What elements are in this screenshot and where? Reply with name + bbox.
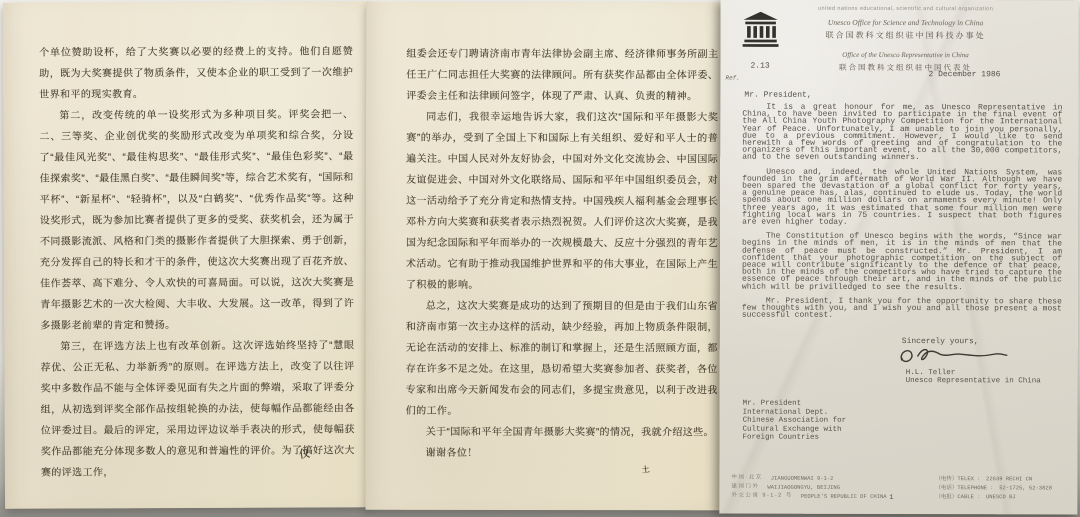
cjk-paragraph: 个单位赞助设杯，给了大奖赛以必要的经费上的支持。他们自愿赞助，既为大奖赛提供了物…: [39, 41, 353, 105]
footer-address: 中国·北京 JIANGUOMENWAI 9-1-2 建国门外 WAIJIAOGO…: [731, 474, 886, 501]
cjk-paragraph: 同志们，我很幸运地告诉大家，我们这次“国际和平年摄影大奖赛”的举办，受到了全国上…: [406, 107, 718, 297]
letter-paragraph-4: Mr. President, I thank you for the oppor…: [742, 297, 1062, 319]
cjk-paragraph: 第二，改变传统的单一设奖形式为多种项目奖。评奖会把一、二、三等奖、企业创优奖的奖…: [39, 104, 354, 336]
letter-paragraph-1: It is a great honour for me, as Unesco R…: [742, 104, 1062, 162]
salutation: Mr. President,: [744, 91, 811, 100]
handwritten-page-mark: 土: [641, 464, 650, 476]
footer-address-zh: 建国门外: [731, 483, 759, 492]
office-title-en: Unesco Office for Science and Technology…: [791, 18, 1021, 28]
footer-address-en: WAIJIAOGONGYU, BEIJING: [767, 483, 840, 492]
cjk-paragraph: 第三，在评选方法上也有改革创新。这次评选始终坚持了“慧眼荐优、公正无私、力举新秀…: [40, 335, 355, 483]
recipient-line-4: Cultural Exchange with: [743, 425, 847, 434]
letter-paragraph-2: Unesco and, indeed, the whole United Nat…: [742, 168, 1062, 226]
chinese-speech-page-2: 组委会还专门聘请济南市青年法律协会副主席、经济律师事务所副主任王广仁同志担任大奖…: [366, 2, 723, 511]
footer-address-en: JIANGUOMENWAI 9-1-2: [771, 474, 834, 483]
footer-address-row: 建国门外 WAIJIAOGONGYU, BEIJING: [731, 483, 886, 492]
footer-address-row: 中国·北京 JIANGUOMENWAI 9-1-2: [731, 474, 886, 483]
cjk-paragraph: 总之，这次大奖赛是成功的达到了预期目的但是由于我们山东省和济南市第一次主办这样的…: [406, 296, 718, 423]
footer-contact-phone: （电话）TELEPHONE ： 52-1725, 52-3828: [935, 483, 1052, 492]
footer-page-number: 1: [889, 494, 893, 502]
signer-name: H.L. Teller: [906, 369, 956, 377]
footer-address-zh: 外交公寓 9-1-2 号: [731, 492, 792, 501]
ref-value: 2.13: [750, 62, 769, 71]
recipient-line-2: International Dept.: [743, 408, 847, 417]
ref-label: Ref.: [725, 75, 739, 82]
recipient-line-1: Mr. President: [743, 400, 847, 409]
recipient-block: Mr. President International Dept. Chines…: [743, 400, 847, 443]
recipient-line-5: Foreign Countries: [743, 434, 847, 443]
rep-office-en: Office of the Unesco Representative in C…: [791, 51, 1021, 60]
cjk-paragraph: 谢谢各位！: [406, 443, 718, 465]
footer-address-zh: 中国·北京: [731, 474, 762, 483]
footer-contacts: （电传）TELEX ： 22639 RECHI CN （电话）TELEPHONE…: [935, 474, 1052, 501]
chinese-speech-page-1: 个单位赞助设杯，给了大奖赛以必要的经费上的支持。他们自愿赞助，既为大奖赛提供了物…: [3, 1, 371, 509]
letter-footer: 中国·北京 JIANGUOMENWAI 9-1-2 建国门外 WAIJIAOGO…: [719, 472, 1077, 473]
footer-contact-telex: （电传）TELEX ： 22639 RECHI CN: [935, 474, 1052, 483]
unesco-logo-icon: [743, 12, 779, 55]
footer-address-en: PEOPLE'S REPUBLIC OF CHINA: [801, 492, 887, 501]
letter-paragraph-3: The Constitution of Unesco begins with t…: [742, 233, 1062, 291]
scanned-documents: 个单位赞助设杯，给了大奖赛以必要的经费上的支持。他们自愿赞助，既为大奖赛提供了物…: [0, 0, 1080, 517]
letter-header: united nations educational, scientific a…: [790, 6, 1020, 74]
letter-date: 2 December 1986: [928, 70, 1000, 79]
org-tagline: united nations educational, scientific a…: [791, 6, 1021, 13]
footer-contact-cable: （电报）CABLE ： UNESCO BJ: [935, 492, 1052, 501]
handwritten-page-mark: 仅: [298, 445, 311, 462]
signer-title: Unesco Representative in China: [906, 377, 1041, 385]
office-title-zh: 联合国教科文组织驻中国科技办事处: [791, 30, 1021, 42]
unesco-letter-page: united nations educational, scientific a…: [719, 0, 1078, 514]
recipient-line-3: Chinese Association for: [743, 417, 847, 426]
footer-address-row: 外交公寓 9-1-2 号 PEOPLE'S REPUBLIC OF CHINA: [731, 492, 886, 501]
cjk-paragraph: 组委会还专门聘请济南市青年法律协会副主席、经济律师事务所副主任王广仁同志担任大奖…: [406, 44, 718, 108]
chinese-page-1-text: 个单位赞助设杯，给了大奖赛以必要的经费上的支持。他们自愿赞助，既为大奖赛提供了物…: [39, 41, 355, 483]
cjk-paragraph: 关于“国际和平年全国青年摄影大奖赛”的情况，我就介绍这些。: [406, 422, 718, 444]
letter-body: It is a great honour for me, as Unesco R…: [742, 104, 1063, 327]
chinese-page-2-text: 组委会还专门聘请济南市青年法律协会副主席、经济律师事务所副主任王广仁同志担任大奖…: [406, 44, 719, 465]
